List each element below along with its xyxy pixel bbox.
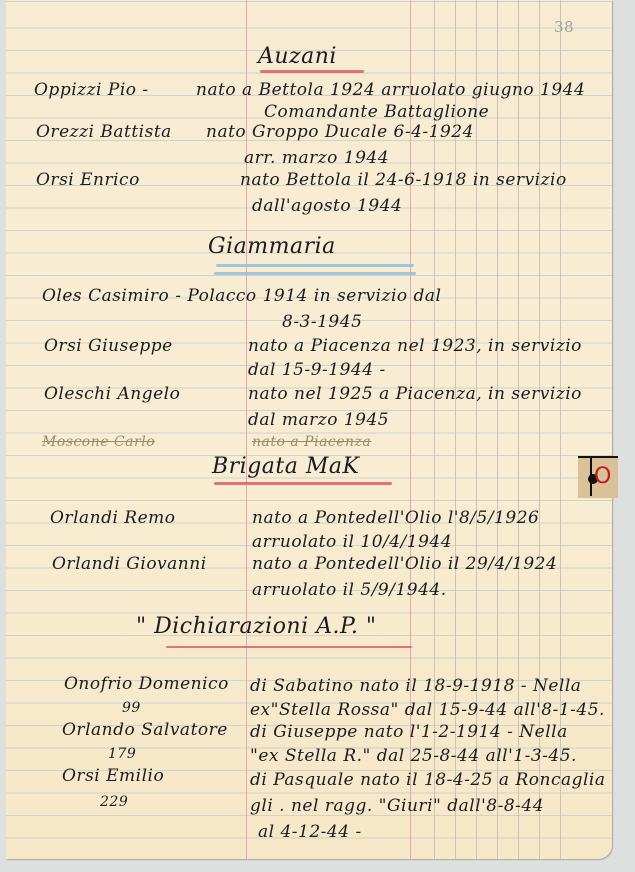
- entry-detail: "ex Stella R." dal 25-8-44 all'1-3-45.: [250, 746, 577, 766]
- entry-detail: arr. marzo 1944: [244, 148, 389, 168]
- entry-detail: di Pasquale nato il 18-4-25 a Roncaglia: [250, 770, 606, 790]
- entry-detail: dal 15-9-1944 -: [248, 360, 386, 380]
- entry-detail: ex"Stella Rossa" dal 15-9-44 all'8-1-45.: [250, 700, 605, 720]
- entry-name: Orlando Salvatore: [62, 720, 228, 740]
- struck-entry-name: Moscone Carlo: [42, 434, 155, 450]
- entry-detail: di Giuseppe nato l'1-2-1914 - Nella: [250, 722, 568, 742]
- entry-detail: Comandante Battaglione: [264, 102, 489, 122]
- entry-detail: dall'agosto 1944: [252, 196, 402, 216]
- entry-detail: dal marzo 1945: [248, 410, 389, 430]
- entry-name: Orsi Enrico: [36, 170, 140, 190]
- entry-name: Orezzi Battista: [36, 122, 172, 142]
- section-heading-dichiarazioni: " Dichiarazioni A.P. ": [136, 614, 376, 639]
- page-number: 38: [554, 18, 574, 36]
- section-heading-auzani: Auzani: [258, 44, 337, 69]
- entry-detail: arruolato il 10/4/1944: [252, 532, 452, 552]
- entry-detail: di Sabatino nato il 18-9-1918 - Nella: [250, 676, 581, 696]
- entry-detail: nato a Pontedell'Olio il 29/4/1924: [252, 554, 557, 574]
- entry-detail: nato Groppo Ducale 6-4-1924: [206, 122, 474, 142]
- entry-name: Orlandi Remo: [50, 508, 176, 528]
- entry-detail: nato a Piacenza nel 1923, in servizio: [248, 336, 582, 356]
- entry-detail: nato a Pontedell'Olio l'8/5/1926: [252, 508, 539, 528]
- section-heading-brigata-mak: Brigata MaK: [212, 454, 359, 479]
- ledger-page: 38 Auzani Oppizzi Pio - nato a Bettola 1…: [6, 0, 612, 859]
- entry-detail: nato a Bettola 1924 arruolato giugno 194…: [196, 80, 585, 100]
- struck-entry-detail: nato a Piacenza: [252, 434, 371, 450]
- entry-detail: 8-3-1945: [282, 312, 362, 332]
- entry-name: Oleschi Angelo: [44, 384, 180, 404]
- heading-underline: [214, 272, 416, 275]
- entry-name: Onofrio Domenico: [64, 674, 229, 694]
- entry-detail: nato nel 1925 a Piacenza, in servizio: [248, 384, 582, 404]
- heading-underline: [166, 646, 412, 648]
- entry-name: Oppizzi Pio -: [34, 80, 149, 100]
- entry-name: Orsi Emilio: [62, 766, 164, 786]
- index-tab-marker: O: [578, 456, 618, 498]
- entry-number: 99: [122, 700, 141, 716]
- entry-detail: gli . nel ragg. "Giuri" dall'8-8-44: [250, 796, 544, 816]
- entry-name: Orlandi Giovanni: [52, 554, 207, 574]
- heading-underline: [216, 264, 414, 267]
- entry-detail: nato Bettola il 24-6-1918 in servizio: [240, 170, 567, 190]
- heading-underline: [214, 482, 392, 485]
- tab-letter: O: [594, 464, 611, 489]
- entry-name: Oles Casimiro - Polacco 1914 in servizio…: [42, 286, 441, 306]
- entry-number: 179: [108, 746, 136, 762]
- entry-name: Orsi Giuseppe: [44, 336, 173, 356]
- section-heading-giammaria: Giammaria: [208, 234, 336, 259]
- heading-underline: [260, 70, 364, 73]
- entry-detail: al 4-12-44 -: [258, 822, 362, 842]
- entry-number: 229: [100, 794, 128, 810]
- entry-detail: arruolato il 5/9/1944.: [252, 580, 447, 600]
